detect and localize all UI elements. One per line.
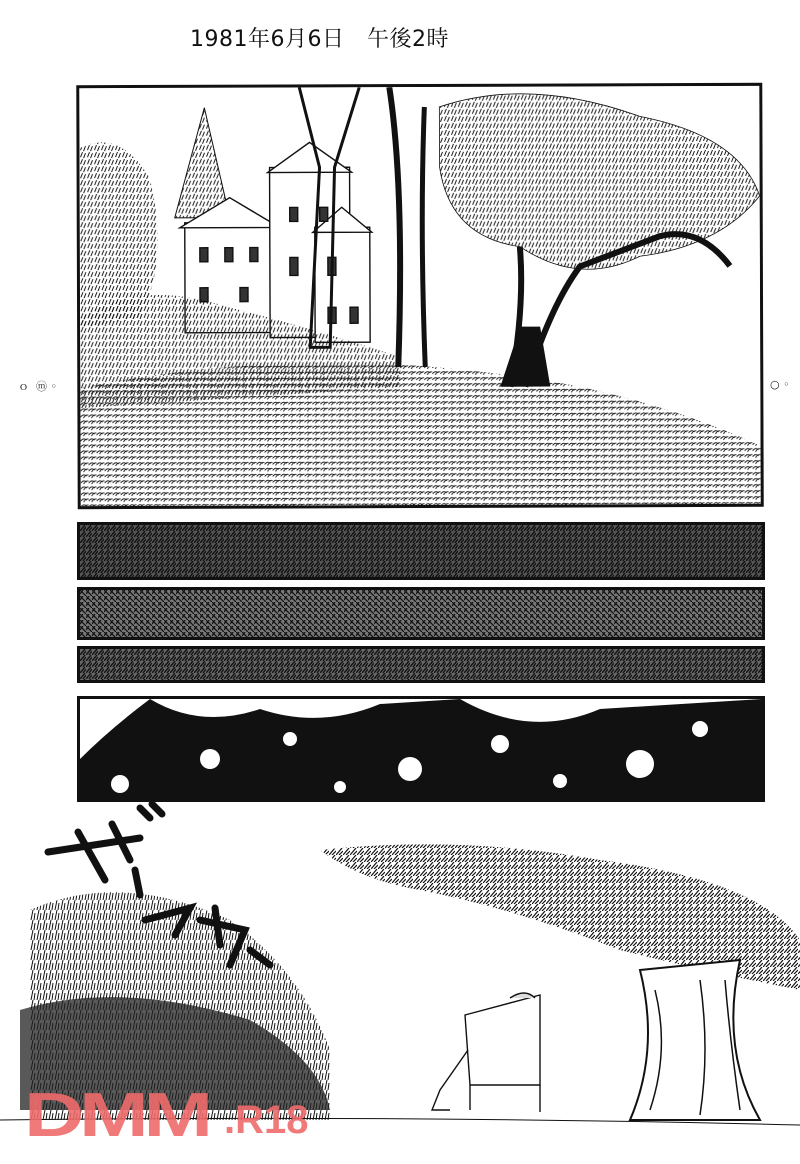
canopy-silhouette [80,699,762,799]
dmm-r18-watermark: DMM .R18 [24,1080,160,1151]
watermark-brand: DMM [24,1080,208,1151]
scroll-dots-right: ○ ◦ [770,378,790,391]
mansion-illustration [79,86,760,506]
scroll-dots-left: ｏ ⓜ ◦ [18,378,57,394]
mansion-and-trees-panel [76,83,763,509]
tree-canopy-panel [77,696,765,802]
foliage-texture [80,649,762,680]
foliage-texture [80,525,762,577]
watermark-suffix: .R18 [224,1098,309,1143]
sfx-lettering [40,800,300,970]
foliage-strip-2 [77,587,765,640]
date-caption: 1981年6月6日 午後2時 [190,22,449,53]
sound-effect-zawa [40,800,300,970]
foliage-strip-3 [77,646,765,683]
wicker-chair [432,993,540,1112]
foliage-texture [80,590,762,637]
foliage-strip-1 [77,522,765,580]
